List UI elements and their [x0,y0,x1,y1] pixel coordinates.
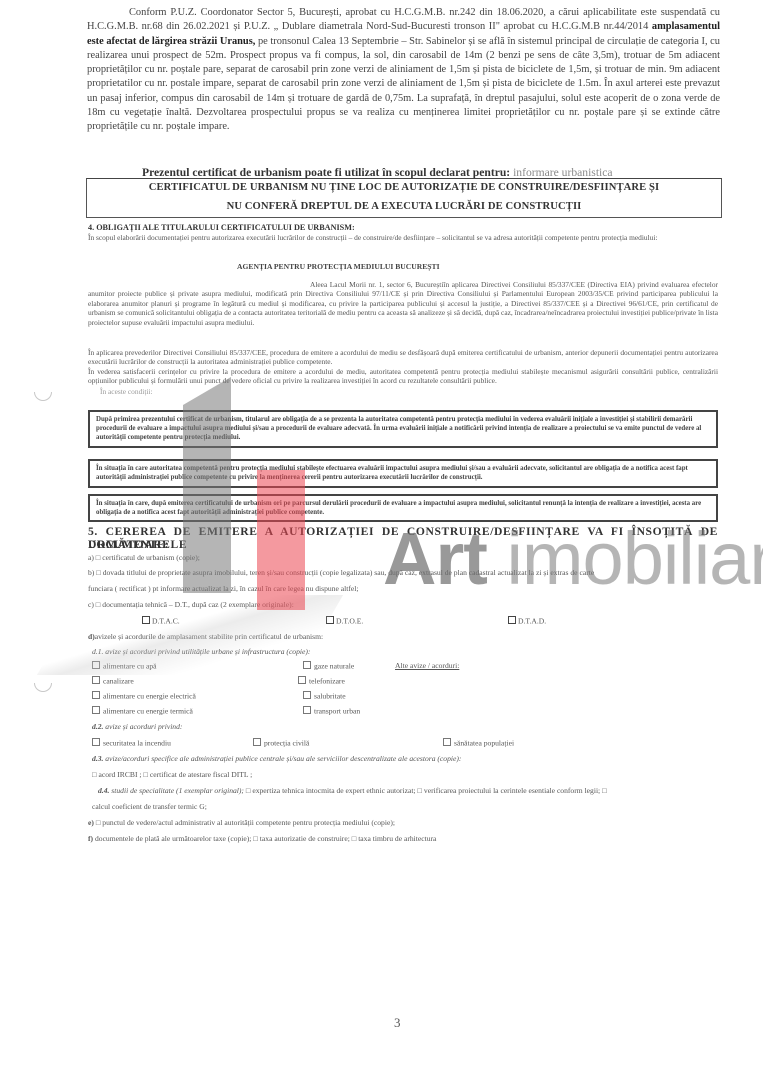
item-label: canalizare [103,677,134,686]
doc-item-d4-cont: calcul coeficient de transfer termic G; [92,802,207,811]
checkbox-icon [92,706,100,714]
watermark-logo-grey-tip [183,377,231,405]
section-5-heading-cont: DOCUMENTE: [88,538,169,551]
item-label: salubritate [314,692,346,701]
d2-item[interactable]: protecția civilă [253,738,309,748]
d1-col1-item[interactable]: alimentare cu energie termică [92,706,193,716]
item-label: sănătatea populației [454,739,514,748]
checkbox-icon [253,738,261,746]
watermark-text: Art imobiliare [383,522,763,596]
intro-paragraph: Conform P.U.Z. Coordonator Sector 5, Buc… [87,6,720,135]
item-label: alimentare cu energie termică [103,707,193,716]
section-4-heading: 4. OBLIGAȚII ALE TITULARULUI CERTIFICATU… [88,223,355,232]
d1-col2-item[interactable]: telefonizare [298,676,345,686]
item-label: telefonizare [309,677,345,686]
intro-text-cont: pe tronsonul Calea 13 Septembrie – Str. … [87,36,720,133]
agency-name: AGENȚIA PENTRU PROTECȚIA MEDIULUI BUCURE… [237,262,440,271]
item-italic: studii de specialitate (1 exemplar origi… [111,786,244,795]
item-text: □ expertiza tehnica intocmita de expert … [246,786,607,795]
item-label: gaze naturale [314,662,354,671]
other-approvals-label: Alte avize / acorduri: [395,661,459,670]
checkbox-icon [92,691,100,699]
d1-col1-item[interactable]: alimentare cu energie electrică [92,691,196,701]
doc-item-d2: d.2. avize și acorduri privind: [92,722,182,731]
doc-item-d3: d.3. avize/acorduri specifice ale admini… [92,754,461,763]
checkbox-icon [443,738,451,746]
checkbox-icon [303,706,311,714]
agency-text: Aleea Lacul Morii nr. 1, sector 6, Bucur… [88,280,718,327]
warning-line-1: CERTIFICATUL DE URBANISM NU ȚINE LOC DE … [87,182,721,193]
doc-item-d4: d.4. studii de specialitate (1 exemplar … [98,786,607,795]
item-text: avize/acorduri specifice ale administraț… [105,754,461,763]
d1-col1-item[interactable]: canalizare [92,676,134,686]
page-number: 3 [394,1015,401,1031]
item-label: protecția civilă [264,739,309,748]
d3-items: □ acord IRCBI ; □ certificat de atestare… [92,770,252,779]
binder-hole-mark [34,683,52,692]
item-label: f) [88,834,93,843]
option-label: D.T.O.E. [336,617,363,626]
item-label: d.2. [92,722,103,731]
section-4-para-2: În aplicarea prevederilor Directivei Con… [88,348,718,367]
watermark-brand: imobiliare [506,517,763,600]
checkbox-icon [508,616,516,624]
item-text: □ punctul de vedere/actul administrativ … [96,818,395,827]
conditions-label: În aceste condiții: [100,387,153,396]
doc-item-f: f) documentele de plată ale următoarelor… [88,834,436,843]
d1-col2-item[interactable]: salubritate [303,691,346,701]
item-text: documentele de plată ale următoarelor ta… [95,834,436,843]
item-label: securitatea la incendiu [103,739,171,748]
item-label: e) [88,818,94,827]
item-label: alimentare cu energie electrică [103,692,196,701]
item-text: avize și acorduri privind: [105,722,182,731]
intro-text: Conform P.U.Z. Coordonator Sector 5, Buc… [87,7,720,32]
item-label: d.3. [92,754,103,763]
option-dtoe[interactable]: D.T.O.E. [326,616,363,626]
watermark-logo-grey-bar [183,405,231,593]
item-label: d.4. [98,786,109,795]
section-4-intro: În scopul elaborării documentației pentr… [88,233,718,242]
d1-col2-item[interactable]: gaze naturale [303,661,354,671]
d2-item[interactable]: securitatea la incendiu [92,738,171,748]
doc-item-e: e) □ punctul de vedere/actul administrat… [88,818,395,827]
d2-item[interactable]: sănătatea populației [443,738,514,748]
binder-hole-mark [34,392,52,401]
checkbox-icon [92,676,100,684]
watermark-logo-red-bar [257,470,305,610]
warning-line-2: NU CONFERĂ DREPTUL DE A EXECUTA LUCRĂRI … [87,201,721,212]
checkbox-icon [303,691,311,699]
option-label: D.T.A.D. [518,617,546,626]
item-label: transport urban [314,707,360,716]
option-dtad[interactable]: D.T.A.D. [508,616,546,626]
checkbox-icon [298,676,306,684]
document-page: Conform P.U.Z. Coordonator Sector 5, Buc… [0,0,763,1080]
warning-box: CERTIFICATUL DE URBANISM NU ȚINE LOC DE … [86,178,722,218]
checkbox-icon [92,738,100,746]
watermark-brand-bold: Art [383,517,487,600]
d1-col2-item[interactable]: transport urban [303,706,360,716]
